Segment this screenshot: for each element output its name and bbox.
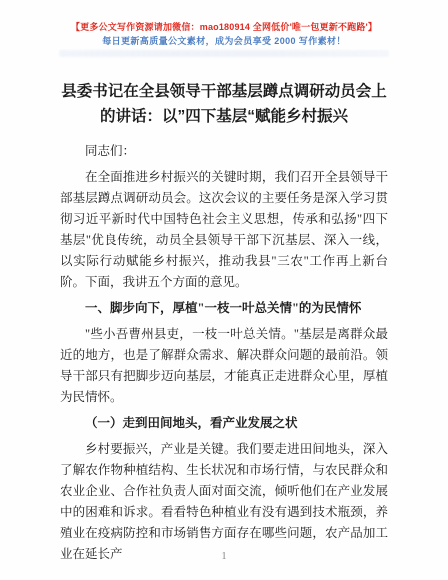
promo-line-red: 【更多公文写作资源请加微信：mao180914 全网低价'唯一包更新不跑路'】 [0,21,448,33]
page-number: 1 [0,551,448,562]
paragraph-section-1-body: "些小吾曹州县吏，一枝一叶总关情。"基层是离群众最近的地方，也是了解群众需求、解… [60,324,388,408]
faint-watermark-line [59,50,389,57]
promo-banner: 【更多公文写作资源请加微信：mao180914 全网低价'唯一包更新不跑路'】 … [0,0,448,57]
paragraph-subsection-1-1-body: 乡村要振兴，产业是关键。我们要走进田间地头，深入了解农作物种植结构、生长状况和市… [60,439,388,565]
heading-subsection-1-1: （一）走到田间地头，看产业发展之状 [60,413,388,434]
promo-line-blue: 每日更新高质量公文素材，成为会员享受 2000 写作素材！ [0,35,448,47]
document-body: 同志们： 在全面推进乡村振兴的关键时期，我们召开全县领导干部基层蹲点调研动员会。… [60,141,388,565]
paragraph-salutation: 同志们： [60,141,388,162]
paragraph-intro: 在全面推进乡村振兴的关键时期，我们召开全县领导干部基层蹲点调研动员会。这次会议的… [60,167,388,293]
document-title: 县委书记在全县领导干部基层蹲点调研动员会上的讲话：以”四下基层“赋能乡村振兴 [56,79,392,129]
heading-section-1: 一、脚步向下，厚植"一枝一叶总关情"的为民情怀 [60,298,388,319]
document-page: 【更多公文写作资源请加微信：mao180914 全网低价'唯一包更新不跑路'】 … [0,0,448,580]
